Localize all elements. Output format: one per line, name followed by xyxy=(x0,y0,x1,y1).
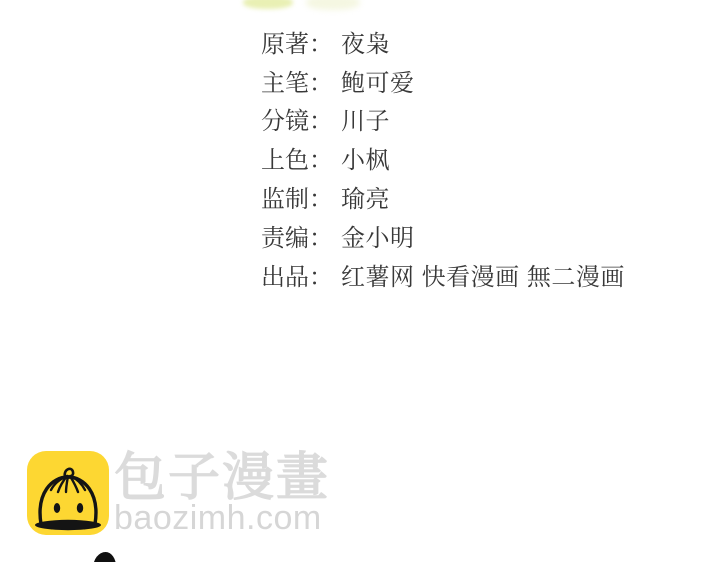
credit-value: 鲍可爱 xyxy=(341,63,415,98)
credit-label: 监制 xyxy=(261,179,309,214)
credit-value: 川子 xyxy=(341,101,390,136)
top-cutoff-decoration-right xyxy=(306,0,360,10)
credit-row-lead-artist: 主笔 ： 鲍可爱 xyxy=(261,61,625,100)
site-name: 包子漫畫 xyxy=(114,452,330,504)
credit-colon: ： xyxy=(309,179,333,214)
watermark-text: 包子漫畫 baozimh.com xyxy=(114,451,330,535)
bottom-cutoff-head-shape xyxy=(93,552,116,562)
credit-row-original-author: 原著 ： 夜枭 xyxy=(261,22,625,61)
credit-value: 瑜亮 xyxy=(341,179,390,214)
credit-colon: ： xyxy=(309,218,333,253)
credit-row-storyboard: 分镜 ： 川子 xyxy=(261,100,625,139)
comic-credits-page: 原著 ： 夜枭 主笔 ： 鲍可爱 分镜 ： 川子 上色 ： 小枫 监制 ： 瑜亮… xyxy=(0,0,720,562)
credit-value: 金小明 xyxy=(341,218,415,253)
site-url: baozimh.com xyxy=(114,501,330,535)
credit-label: 上色 xyxy=(261,140,309,175)
credit-colon: ： xyxy=(309,257,333,292)
credit-row-supervisor: 监制 ： 瑜亮 xyxy=(261,177,625,216)
credit-row-production: 出品 ： 红薯网 快看漫画 無二漫画 xyxy=(261,255,625,294)
credit-colon: ： xyxy=(309,140,333,175)
credit-value: 夜枭 xyxy=(341,24,390,59)
credit-value: 红薯网 快看漫画 無二漫画 xyxy=(341,257,625,292)
credit-label: 原著 xyxy=(261,24,309,59)
top-cutoff-decoration-left xyxy=(243,0,293,9)
credit-colon: ： xyxy=(309,24,333,59)
credit-label: 责编 xyxy=(261,218,309,253)
credits-list: 原著 ： 夜枭 主笔 ： 鲍可爱 分镜 ： 川子 上色 ： 小枫 监制 ： 瑜亮… xyxy=(261,22,625,294)
baozimh-watermark: 包子漫畫 baozimh.com xyxy=(27,451,330,535)
credit-value: 小枫 xyxy=(341,140,390,175)
credit-colon: ： xyxy=(309,63,333,98)
credit-colon: ： xyxy=(309,101,333,136)
credit-row-coloring: 上色 ： 小枫 xyxy=(261,138,625,177)
credit-label: 主笔 xyxy=(261,63,309,98)
credit-row-editor: 责编 ： 金小明 xyxy=(261,216,625,255)
credit-label: 分镜 xyxy=(261,101,309,136)
baozi-logo-icon xyxy=(27,451,109,535)
credit-label: 出品 xyxy=(261,257,309,292)
